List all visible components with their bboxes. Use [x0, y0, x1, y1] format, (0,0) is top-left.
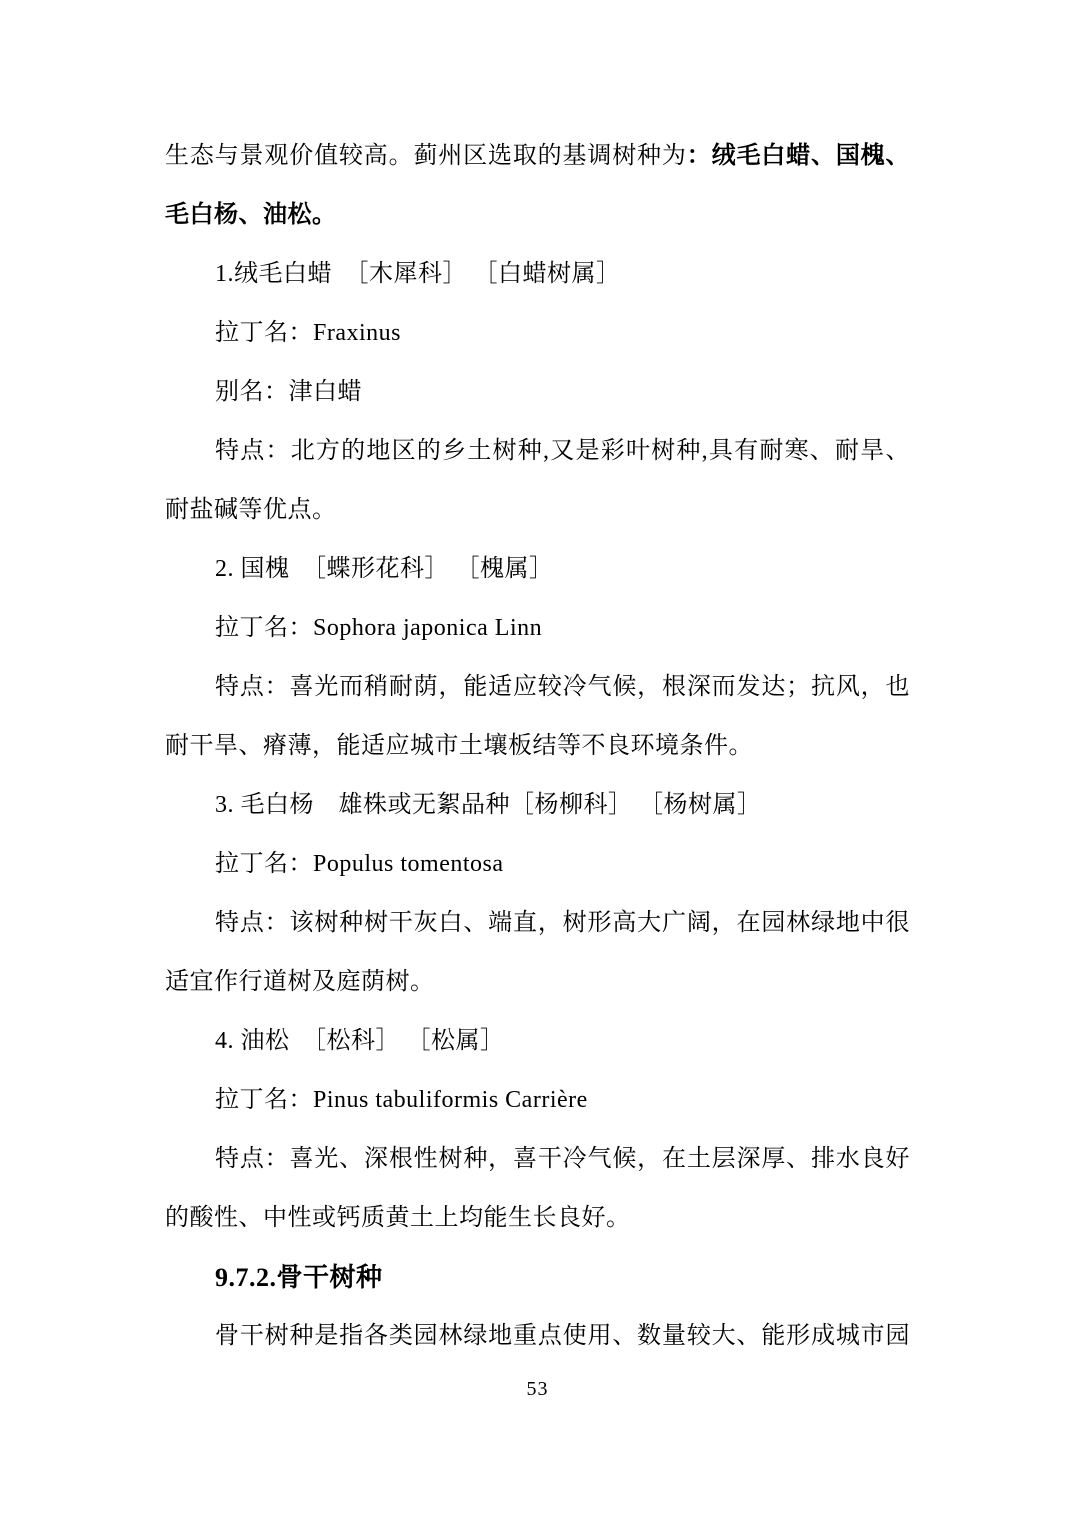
species-1-latin-name-text: 拉丁名：Fraxinus [215, 320, 401, 346]
species-1-alias: 别名：津白蜡 [165, 363, 910, 422]
species-1-traits-line-1-text: 特点：北方的地区的乡土树种,又是彩叶树种,具有耐寒、耐旱、 [215, 438, 910, 464]
intro-line-2: 毛白杨、油松。 [165, 186, 910, 245]
intro-line-1-text: ：绒毛白蜡、国槐、 [687, 143, 910, 169]
species-3-traits-line-2: 适宜作行道树及庭荫树。 [165, 953, 910, 1012]
species-1-traits-line-2: 耐盐碱等优点。 [165, 481, 910, 540]
section-9-7-2-heading-text: 9.7.2.骨干树种 [215, 1263, 383, 1292]
intro-line-2-text: 毛白杨、油松。 [165, 202, 337, 228]
species-3-title-text: 3. 毛白杨 雄株或无絮品种［杨柳科］ ［杨树属］ [215, 792, 762, 818]
species-4-traits-line-1-text: 特点：喜光、深根性树种，喜干冷气候，在土层深厚、排水良好 [215, 1146, 910, 1172]
species-2-traits-line-1-text: 特点：喜光而稍耐荫，能适应较冷气候，根深而发达；抗风，也 [215, 674, 910, 700]
document-body: 生态与景观价值较高。蓟州区选取的基调树种为：绒毛白蜡、国槐、毛白杨、油松。1.绒… [165, 127, 910, 1366]
species-2-traits-line-2-text: 耐干旱、瘠薄，能适应城市土壤板结等不良环境条件。 [165, 733, 753, 759]
page-number: 53 [165, 1378, 910, 1401]
species-3-title: 3. 毛白杨 雄株或无絮品种［杨柳科］ ［杨树属］ [165, 776, 910, 835]
species-4-latin-name-text: 拉丁名：Pinus tabuliformis Carrière [215, 1087, 588, 1113]
species-2-latin-name-text: 拉丁名：Sophora japonica Linn [215, 615, 542, 641]
species-2-title: 2. 国槐 ［蝶形花科］ ［槐属］ [165, 540, 910, 599]
species-1-title-text: 1.绒毛白蜡 ［木犀科］ ［白蜡树属］ [215, 261, 621, 287]
species-4-title: 4. 油松 ［松科］ ［松属］ [165, 1012, 910, 1071]
species-4-title-text: 4. 油松 ［松科］ ［松属］ [215, 1028, 505, 1054]
species-2-traits-line-2: 耐干旱、瘠薄，能适应城市土壤板结等不良环境条件。 [165, 717, 910, 776]
section-9-7-2-body-line-1: 骨干树种是指各类园林绿地重点使用、数量较大、能形成城市园 [165, 1307, 910, 1366]
species-2-traits-line-1: 特点：喜光而稍耐荫，能适应较冷气候，根深而发达；抗风，也 [165, 658, 910, 717]
species-3-latin-name-text: 拉丁名：Populus tomentosa [215, 851, 504, 877]
species-3-traits-line-1-text: 特点：该树种树干灰白、端直，树形高大广阔，在园林绿地中很 [215, 910, 910, 936]
document-page: 生态与景观价值较高。蓟州区选取的基调树种为：绒毛白蜡、国槐、毛白杨、油松。1.绒… [0, 0, 1074, 1520]
species-4-traits-line-2: 的酸性、中性或钙质黄土上均能生长良好。 [165, 1189, 910, 1248]
species-4-traits-line-1: 特点：喜光、深根性树种，喜干冷气候，在土层深厚、排水良好 [165, 1130, 910, 1189]
intro-line-1-text: 生态与景观价值较高。蓟州区选取的基调树种为 [165, 143, 687, 169]
species-2-latin-name: 拉丁名：Sophora japonica Linn [165, 599, 910, 658]
species-1-latin-name: 拉丁名：Fraxinus [165, 304, 910, 363]
species-1-title: 1.绒毛白蜡 ［木犀科］ ［白蜡树属］ [165, 245, 910, 304]
species-3-traits-line-1: 特点：该树种树干灰白、端直，树形高大广阔，在园林绿地中很 [165, 894, 910, 953]
species-3-latin-name: 拉丁名：Populus tomentosa [165, 835, 910, 894]
species-4-latin-name: 拉丁名：Pinus tabuliformis Carrière [165, 1071, 910, 1130]
species-4-traits-line-2-text: 的酸性、中性或钙质黄土上均能生长良好。 [165, 1205, 631, 1231]
species-1-alias-text: 别名：津白蜡 [215, 379, 362, 405]
intro-line-1: 生态与景观价值较高。蓟州区选取的基调树种为：绒毛白蜡、国槐、 [165, 127, 910, 186]
species-1-traits-line-1: 特点：北方的地区的乡土树种,又是彩叶树种,具有耐寒、耐旱、 [165, 422, 910, 481]
section-9-7-2-heading: 9.7.2.骨干树种 [165, 1248, 910, 1307]
species-3-traits-line-2-text: 适宜作行道树及庭荫树。 [165, 969, 435, 995]
species-2-title-text: 2. 国槐 ［蝶形花科］ ［槐属］ [215, 556, 554, 582]
species-1-traits-line-2-text: 耐盐碱等优点。 [165, 497, 337, 523]
section-9-7-2-body-line-1-text: 骨干树种是指各类园林绿地重点使用、数量较大、能形成城市园 [215, 1323, 910, 1349]
